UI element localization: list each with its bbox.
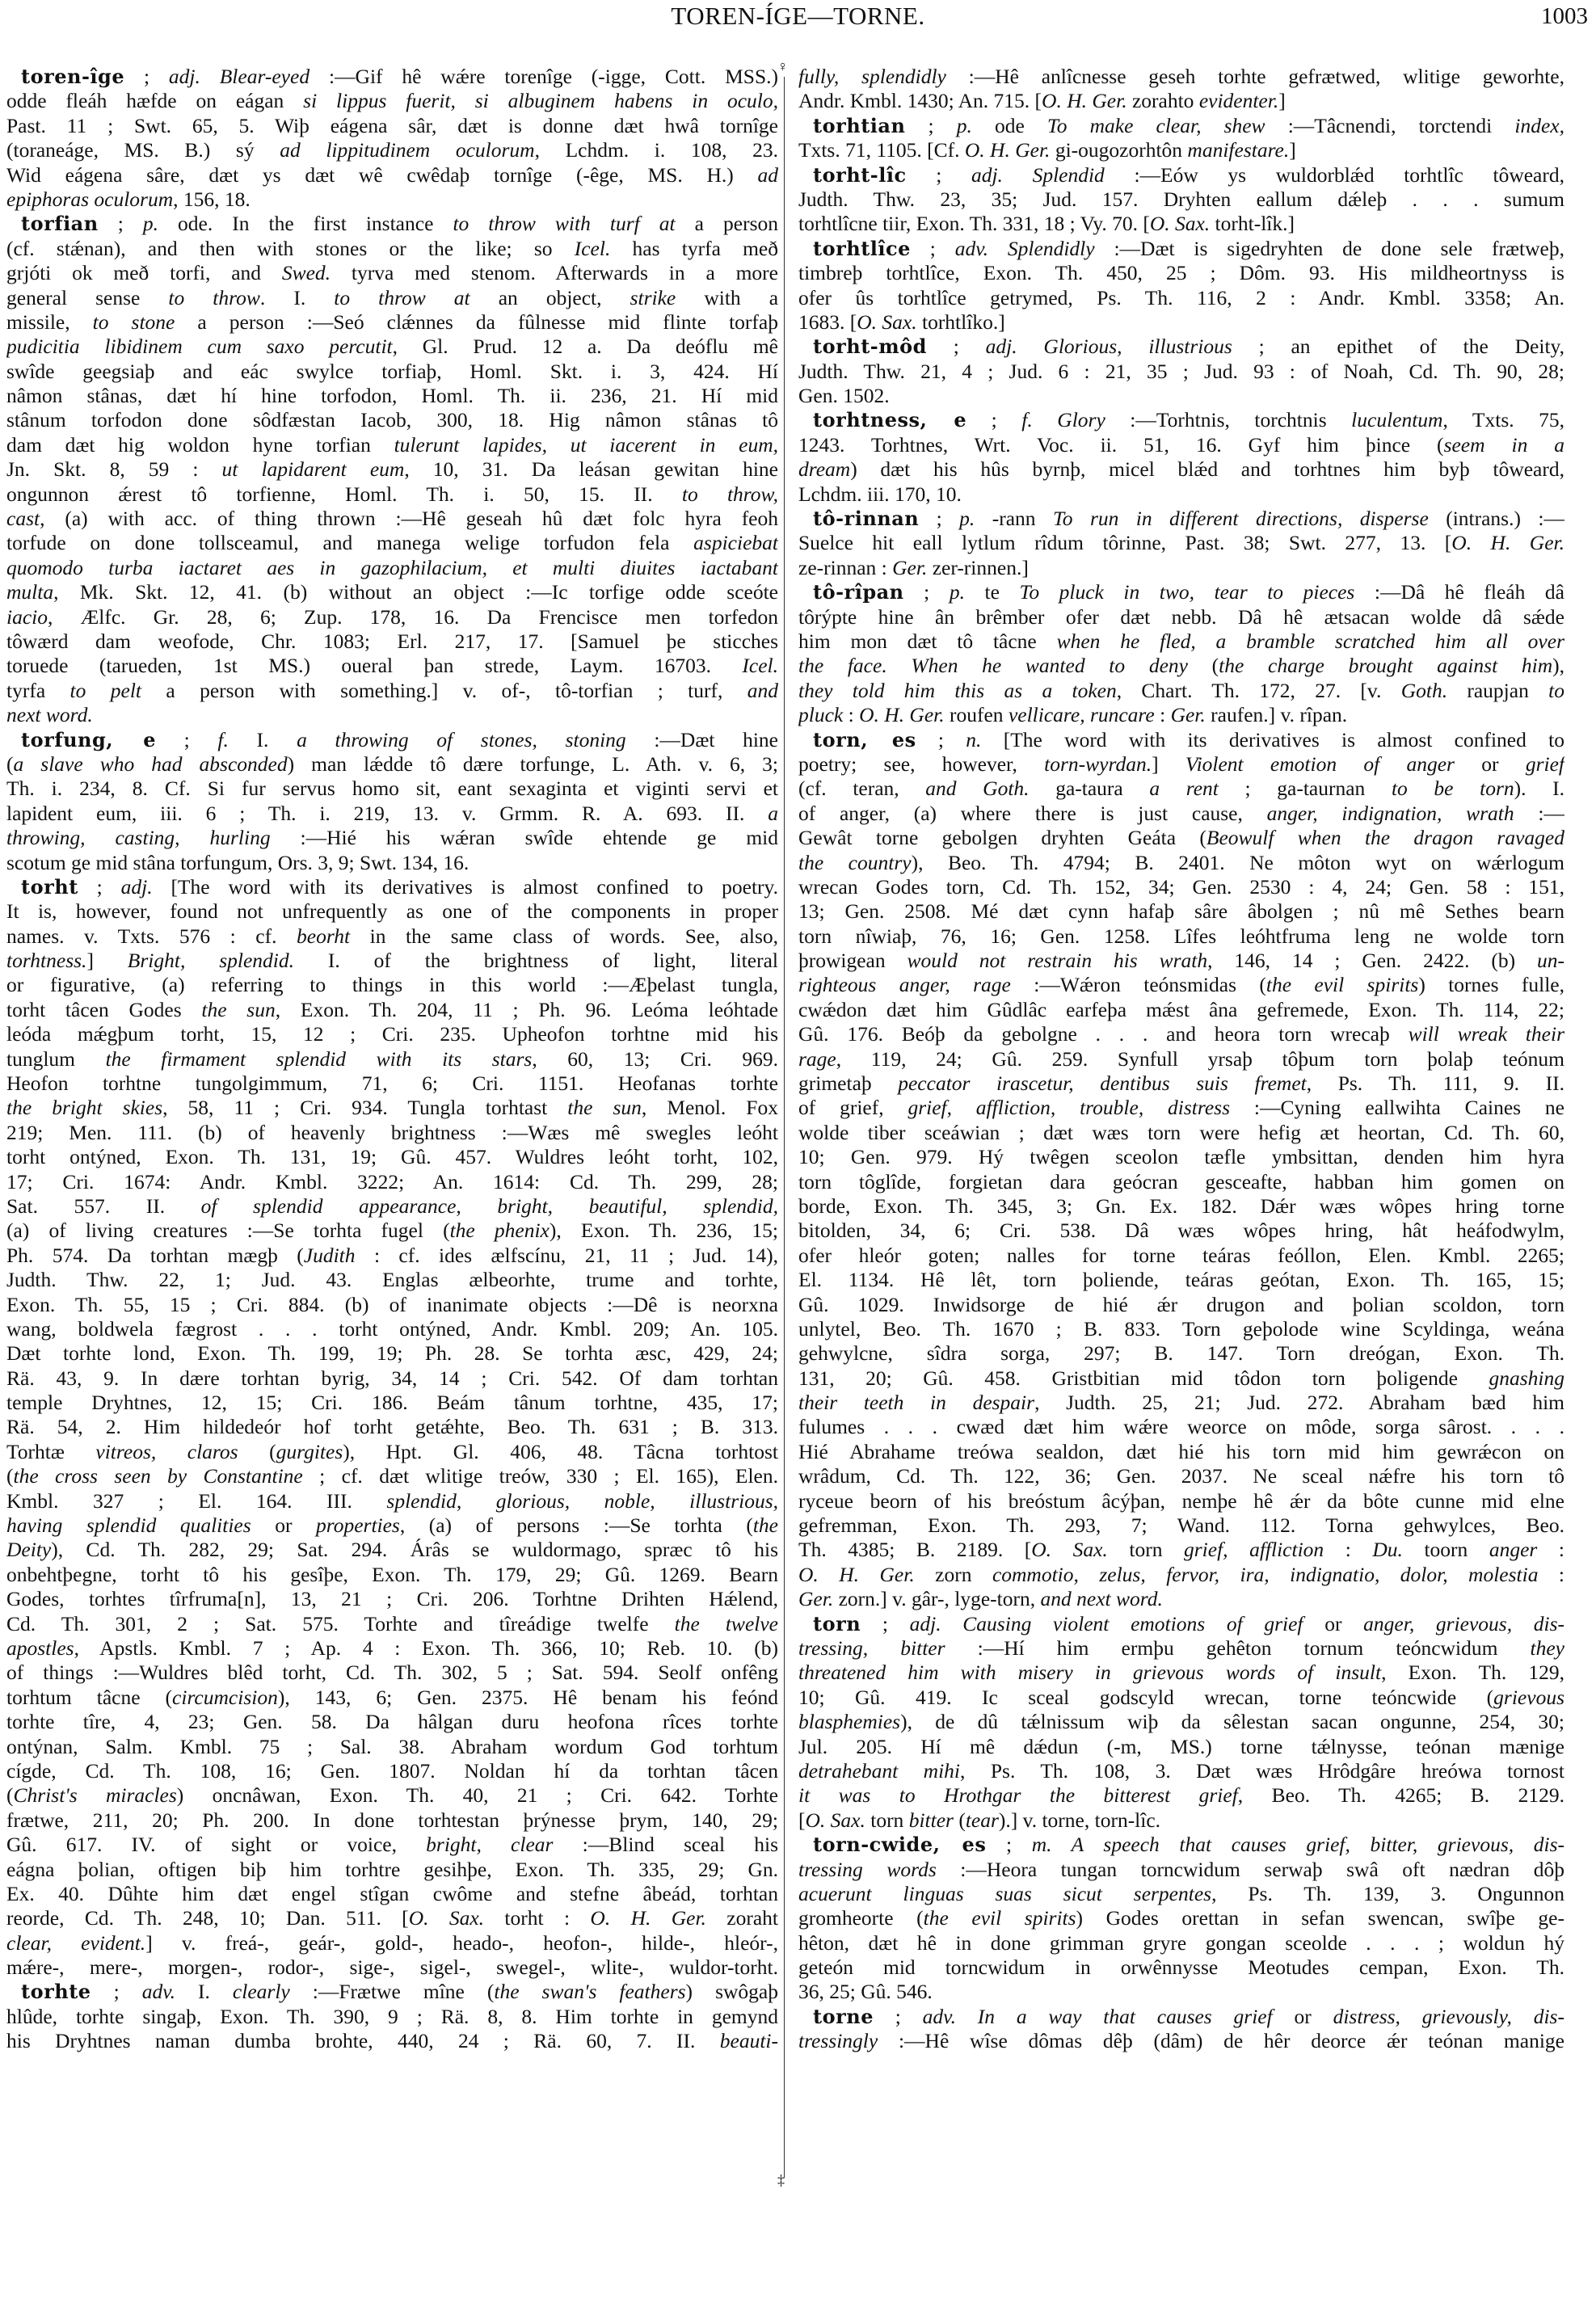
text-line: Judth. Thw. 21, 4 ; Jud. 6 : 21, 35 ; Ju… (798, 360, 1564, 384)
page-title: TOREN-ÍGE—TORNE. (0, 2, 1596, 31)
text-line: Th. i. 234, 8. Cf. Si fur servus homo si… (6, 777, 778, 801)
text-line: threatened him with misery in grievous w… (798, 1661, 1564, 1685)
text-line: Heofon torhtne tungolgimmum, 71, 6; Cri.… (6, 1071, 778, 1096)
text-line: Jul. 205. Hí mê dǽdun (-m, MS.) torne tǽ… (798, 1735, 1564, 1759)
text-line: their teeth in despair, Judth. 25, 21; J… (798, 1391, 1564, 1415)
entry-headword-line: torfung, e ; f. I. a throwing of stones,… (6, 728, 778, 752)
entry-headword-line: torht-lîc ; adj. Splendid :—Eów ys wuldo… (798, 163, 1564, 187)
text-line: multa, Mk. Skt. 12, 41. (b) without an o… (6, 580, 778, 604)
text-line: or figurative, (a) referring to things i… (6, 973, 778, 997)
text-line: quomodo turba iactaret aes in gazophilac… (6, 556, 778, 580)
text-line: Rä. 43, 9. In dære torhtan byrig, 34, 14… (6, 1366, 778, 1391)
text-line: of grief, grief, affliction, trouble, di… (798, 1096, 1564, 1120)
text-line: Ger. zorn.] v. gâr-, lyge-torn, and next… (798, 1587, 1564, 1611)
text-line: Wid eágena sâre, dæt ys dæt wê cwêdaþ to… (6, 163, 778, 187)
text-line: [O. Sax. torn bitter (tear).] v. torne, … (798, 1808, 1564, 1833)
text-line: swîde geegsiaþ and eác swylce torfiaþ, H… (6, 360, 778, 384)
text-line: odde fleáh hæfde on eágan si lippus fuer… (6, 89, 778, 113)
column-ornament-top-icon: ♀ (777, 58, 789, 75)
text-line: torn tôglîde, forgietan dara geócran ges… (798, 1170, 1564, 1194)
text-line: O. H. Ger. zorn commotio, zelus, fervor,… (798, 1563, 1564, 1587)
text-line: It is, however, found not unfrequently a… (6, 899, 778, 924)
text-line: tressingly :—Hê wîse dômas dêþ (dâm) de … (798, 2029, 1564, 2053)
text-line: Suelce hit eall lytlum rîdum tôrinne, Pa… (798, 531, 1564, 555)
text-line: blasphemies), de dû tǽlnissum wiþ da sêl… (798, 1710, 1564, 1734)
text-line: pluck : O. H. Ger. roufen vellicare, run… (798, 703, 1564, 727)
text-line: it was to Hrothgar the bitterest grief, … (798, 1783, 1564, 1808)
entry-headword-line: tô-rîpan ; p. te To pluck in two, tear t… (798, 580, 1564, 604)
text-line: Kmbl. 327 ; El. 164. III. splendid, glor… (6, 1489, 778, 1513)
running-header: TOREN-ÍGE—TORNE. 1003 (0, 2, 1596, 34)
text-line: Deity), Cd. Th. 282, 29; Sat. 294. Árâs … (6, 1538, 778, 1562)
text-line: frætwe, 211, 20; Ph. 200. In done torhte… (6, 1808, 778, 1833)
text-line: torhtum tâcne (circumcision), 143, 6; Ge… (6, 1686, 778, 1710)
text-line: 10; Gen. 979. Hý twêgen sceolon tæfle ym… (798, 1145, 1564, 1169)
text-line: fully, splendidly :—Hê anlîcnesse geseh … (798, 65, 1564, 89)
text-line: Judth. Thw. 23, 35; Jud. 157. Dryhten ea… (798, 187, 1564, 212)
text-line: Cd. Th. 301, 2 ; Sat. 575. Torhte and tî… (6, 1612, 778, 1636)
text-line: Lchdm. iii. 170, 10. (798, 482, 1564, 507)
text-line: the face. When he wanted to deny (the ch… (798, 654, 1564, 678)
text-line: 1243. Torhtnes, Wrt. Voc. ii. 51, 16. Gy… (798, 433, 1564, 457)
text-line: dam dæt hig woldon hyne torfian tulerunt… (6, 433, 778, 457)
text-line: tressing, bitter :—Hí him ermþu gehêton … (798, 1636, 1564, 1661)
entry-headword-line: torhtness, e ; f. Glory :—Torhtnis, torc… (798, 408, 1564, 432)
text-line: torht ontýned, Exon. Th. 131, 19; Gû. 45… (6, 1145, 778, 1169)
text-line: Godes, torhtes tîrfruma[n], 13, 21 ; Cri… (6, 1587, 778, 1611)
text-line: hêton, dæt hê in done grimman gryre gong… (798, 1931, 1564, 1955)
entry-headword-line: toren-îge ; adj. Blear-eyed :—Gif hê wǽr… (6, 65, 778, 89)
text-line: eágna þolian, oftigen biþ him torhtre ge… (6, 1858, 778, 1882)
entry-headword-line: tô-rinnan ; p. -rann To run in different… (798, 507, 1564, 531)
text-line: Rä. 54, 2. Him hildedeór hof torht getǽh… (6, 1415, 778, 1439)
text-line: having splendid qualities or properties,… (6, 1513, 778, 1538)
text-line: torht tâcen Godes the sun, Exon. Th. 204… (6, 998, 778, 1022)
text-line: leóda mǽgþum torht, 15, 12 ; Cri. 235. U… (6, 1022, 778, 1046)
text-line: Torhtæ vitreos, claros (gurgites), Hpt. … (6, 1440, 778, 1464)
text-line: torhte tîre, 4, 23; Gen. 58. Da hâlgan d… (6, 1710, 778, 1734)
text-line: detrahebant mihi, Ps. Th. 108, 3. Dæt wæ… (798, 1759, 1564, 1783)
text-line: tunglum the firmament splendid with its … (6, 1047, 778, 1071)
column-ornament-bottom-icon: ‡ (777, 2172, 785, 2189)
text-line: clear, evident.] v. freá-, geár-, gold-,… (6, 1931, 778, 1955)
text-line: Gen. 1502. (798, 384, 1564, 408)
text-line: (a slave who had absconded) man lǽdde tô… (6, 752, 778, 777)
text-line: tôrýpte hine ân brêmber ofer dæt nebb. D… (798, 605, 1564, 629)
text-line: Gû. 1029. Inwidsorge de hié ǽr drugon an… (798, 1293, 1564, 1317)
entry-headword-line: torfian ; p. ode. In the first instance … (6, 212, 778, 236)
left-column: toren-îge ; adj. Blear-eyed :—Gif hê wǽr… (6, 65, 778, 2054)
text-line: Ex. 40. Dûhte him dæt engel stîgan cwôme… (6, 1882, 778, 1906)
text-line: throwing, casting, hurling :—Hié his wǽr… (6, 826, 778, 850)
text-line: ryceue beorn of his breóstum âcýþan, nem… (798, 1489, 1564, 1513)
entry-headword-line: torn, es ; n. [The word with its derivat… (798, 728, 1564, 752)
text-line: of things :—Wuldres blêd torht, Cd. Th. … (6, 1661, 778, 1685)
text-line: scotum ge mid stâna torfungum, Ors. 3, 9… (6, 851, 778, 875)
text-line: 17; Cri. 1674: Andr. Kmbl. 3222; An. 161… (6, 1170, 778, 1194)
text-line: ze-rinnan : Ger. zer-rinnen.] (798, 556, 1564, 580)
text-line: Ph. 574. Da torhtan mægþ (Judith : cf. i… (6, 1244, 778, 1268)
text-line: wang, boldwela fægrost . . . torht ontýn… (6, 1317, 778, 1341)
right-column: fully, splendidly :—Hê anlîcnesse geseh … (798, 65, 1564, 2054)
text-line: iacio, Ælfc. Gr. 28, 6; Zup. 178, 16. Da… (6, 605, 778, 629)
column-divider (784, 77, 785, 2178)
text-line: Gewât torne gebolgen dryhten Geáta (Beow… (798, 826, 1564, 850)
text-line: ongunnon ǽrest tô torfienne, Homl. Th. i… (6, 482, 778, 507)
text-line: names. v. Txts. 576 : cf. beorht in the … (6, 924, 778, 949)
text-line: (a) of living creatures :—Se torhta fuge… (6, 1219, 778, 1243)
text-line: gehwylcne, sîdra sorga, 297; B. 147. Tor… (798, 1341, 1564, 1366)
text-line: mǽre-, mere-, morgen-, rodor-, sige-, si… (6, 1955, 778, 1980)
text-line: of anger, (a) where there is just cause,… (798, 802, 1564, 826)
text-line: torhtness.] Bright, splendid. I. of the … (6, 949, 778, 973)
text-line: unlytel, Beo. Th. 1670 ; B. 833. Torn ge… (798, 1317, 1564, 1341)
text-line: him mon dæt tô tâcne when he fled, a bra… (798, 629, 1564, 654)
text-line: 13; Gen. 2508. Mé dæt cynn hafaþ sâre âb… (798, 899, 1564, 924)
entry-headword-line: torn-cwide, es ; m. A speech that causes… (798, 1833, 1564, 1857)
text-line: reorde, Cd. Th. 248, 10; Dan. 511. [O. S… (6, 1906, 778, 1930)
text-line: Jn. Skt. 8, 59 : ut lapidarent eum, 10, … (6, 457, 778, 482)
text-line: poetry; see, however, torn-wyrdan.] Viol… (798, 752, 1564, 777)
text-line: Hié Abrahame treówa sealdon, dæt hié his… (798, 1440, 1564, 1464)
text-line: lapident eum, iii. 6 ; Th. i. 219, 13. v… (6, 802, 778, 826)
text-line: ofer ûs torhtlîce getrymed, Ps. Th. 116,… (798, 286, 1564, 310)
text-line: Andr. Kmbl. 1430; An. 715. [O. H. Ger. z… (798, 89, 1564, 113)
text-line: stânum torfodon done sôdfæstan Iacob, 30… (6, 408, 778, 432)
text-line: El. 1134. Hê lêt, torn þoliende, teáras … (798, 1268, 1564, 1292)
text-line: timbreþ torhtlîce, Exon. Th. 450, 25 ; D… (798, 261, 1564, 285)
text-line: torfude on done tollsceamul, and manega … (6, 531, 778, 555)
text-line: Sat. 557. II. of splendid appearance, br… (6, 1194, 778, 1219)
text-line: fulumes . . . cwæd dæt him wǽre weorce o… (798, 1415, 1564, 1439)
entry-headword-line: torht ; adj. [The word with its derivati… (6, 875, 778, 899)
entry-headword-line: torhtlîce ; adv. Splendidly :—Dæt is sig… (798, 237, 1564, 261)
text-line: Txts. 71, 1105. [Cf. O. H. Ger. gi-ougoz… (798, 138, 1564, 162)
text-line: (cf. teran, and Goth. ga-taura a rent ; … (798, 777, 1564, 801)
text-line: ofer hleór goten; nalles for torne teára… (798, 1244, 1564, 1268)
text-line: (the cross seen by Constantine ; cf. dæt… (6, 1464, 778, 1488)
entry-headword-line: torhte ; adv. I. clearly :—Frætwe mîne (… (6, 1980, 778, 2004)
text-line: Exon. Th. 55, 15 ; Cri. 884. (b) of inan… (6, 1293, 778, 1317)
text-line: Gû. 617. IV. of sight or voice, bright, … (6, 1833, 778, 1857)
text-line: (cf. stǽnan), and then with stones or th… (6, 237, 778, 261)
text-line: geteón mid torncwidum in orwênnysse Meot… (798, 1955, 1564, 1980)
text-line: Judth. Thw. 22, 1; Jud. 43. Englas ælbeo… (6, 1268, 778, 1292)
text-line: Dæt torhte lond, Exon. Th. 199, 19; Ph. … (6, 1341, 778, 1366)
text-line: cast, (a) with acc. of thing thrown :—Hê… (6, 507, 778, 531)
text-line: the country), Beo. Th. 4794; B. 2401. Ne… (798, 851, 1564, 875)
text-line: grjóti ok með torfi, and Swed. tyrva med… (6, 261, 778, 285)
text-line: missile, to stone a person :—Seó clǽnnes… (6, 310, 778, 335)
text-line: pudicitia libidinem cum saxo percutit, G… (6, 335, 778, 359)
text-line: hlûde, torhte singaþ, Exon. Th. 390, 9 ;… (6, 2005, 778, 2029)
text-line: borde, Exon. Th. 345, 3; Gn. Ex. 182. Dǽ… (798, 1194, 1564, 1219)
text-line: temple Dryhtnes, 12, 15; Cri. 186. Beám … (6, 1391, 778, 1415)
text-line: (toraneáge, MS. B.) sý ad lippitudinem o… (6, 138, 778, 162)
text-line: ontýnan, Salm. Kmbl. 75 ; Sal. 38. Abrah… (6, 1735, 778, 1759)
entry-headword-line: torhtian ; p. ode To make clear, shew :—… (798, 114, 1564, 138)
text-line: (Christ's miracles) oncnâwan, Exon. Th. … (6, 1783, 778, 1808)
text-line: his Dryhtnes naman dumba brohte, 440, 24… (6, 2029, 778, 2053)
text-line: 10; Gû. 419. Ic sceal godscyld wrecan, t… (798, 1686, 1564, 1710)
text-line: toruede (tarueden, 1st MS.) oueral þan s… (6, 654, 778, 678)
text-line: righteous anger, rage :—Wǽron teónsmidas… (798, 973, 1564, 997)
text-line: acuerunt linguas suas sicut serpentes, P… (798, 1882, 1564, 1906)
text-line: wrecan Godes torn, Cd. Th. 152, 34; Gen.… (798, 875, 1564, 899)
text-line: onbehtþegne, torht tô his gesîþe, Exon. … (6, 1563, 778, 1587)
text-line: 1683. [O. Sax. torhtlîko.] (798, 310, 1564, 335)
text-line: nâmon stânas, dæt hí hine torfodon, Homl… (6, 384, 778, 408)
text-line: 219; Men. 111. (b) of heavenly brightnes… (6, 1121, 778, 1145)
text-line: cwǽdon dæt him Gûdlâc earfeþa mǽst âna g… (798, 998, 1564, 1022)
entry-headword-line: torne ; adv. In a way that causes grief … (798, 2005, 1564, 2029)
text-line: gromheorte (the evil spirits) Godes oret… (798, 1906, 1564, 1930)
text-line: Th. 4385; B. 2189. [O. Sax. torn grief, … (798, 1538, 1564, 1562)
entry-headword-line: torht-môd ; adj. Glorious, illustrious ;… (798, 335, 1564, 359)
text-line: the bright skies, 58, 11 ; Cri. 934. Tun… (6, 1096, 778, 1120)
text-line: gefremman, Exon. Th. 293, 7; Wand. 112. … (798, 1513, 1564, 1538)
page-number: 1003 (1541, 3, 1588, 30)
text-line: epiphoras oculorum, 156, 18. (6, 187, 778, 212)
text-line: next word. (6, 703, 778, 727)
text-line: dream) dæt his hûs byrnþ, micel blǽd and… (798, 457, 1564, 482)
text-line: cígde, Cd. Th. 108, 16; Gen. 1807. Nolda… (6, 1759, 778, 1783)
text-line: rage, 119, 24; Gû. 259. Synfull yrsaþ tô… (798, 1047, 1564, 1071)
text-line: tressing words :—Heora tungan torncwidum… (798, 1858, 1564, 1882)
text-line: 131, 20; Gû. 458. Gristbitian mid tôdon … (798, 1366, 1564, 1391)
text-line: torhtlîcne tiir, Exon. Th. 331, 18 ; Vy.… (798, 212, 1564, 236)
text-line: wolde tiber sceáwian ; dæt wæs torn were… (798, 1121, 1564, 1145)
text-line: wrâdum, Cd. Th. 122, 36; Gen. 2037. Ne s… (798, 1464, 1564, 1488)
text-line: bitolden, 34, 6; Cri. 538. Dâ wæs wôpes … (798, 1219, 1564, 1243)
text-line: 36, 25; Gû. 546. (798, 1980, 1564, 2004)
text-line: they told him this as a token, Chart. Th… (798, 679, 1564, 703)
text-line: þrowigean would not restrain his wrath, … (798, 949, 1564, 973)
text-line: grimetaþ peccator irascetur, dentibus su… (798, 1071, 1564, 1096)
text-line: Past. 11 ; Swt. 65, 5. Wiþ eágena sâr, d… (6, 114, 778, 138)
entry-headword-line: torn ; adj. Causing violent emotions of … (798, 1612, 1564, 1636)
text-line: torn nîwiaþ, 76, 16; Gen. 1258. Lîfes le… (798, 924, 1564, 949)
text-line: tôwærd dam weofode, Chr. 1083; Erl. 217,… (6, 629, 778, 654)
text-line: apostles, Apstls. Kmbl. 7 ; Ap. 4 : Exon… (6, 1636, 778, 1661)
text-line: tyrfa to pelt a person with something.] … (6, 679, 778, 703)
text-line: general sense to throw. I. to throw at a… (6, 286, 778, 310)
text-line: Gû. 176. Beóþ da gebolgne . . . and heor… (798, 1022, 1564, 1046)
